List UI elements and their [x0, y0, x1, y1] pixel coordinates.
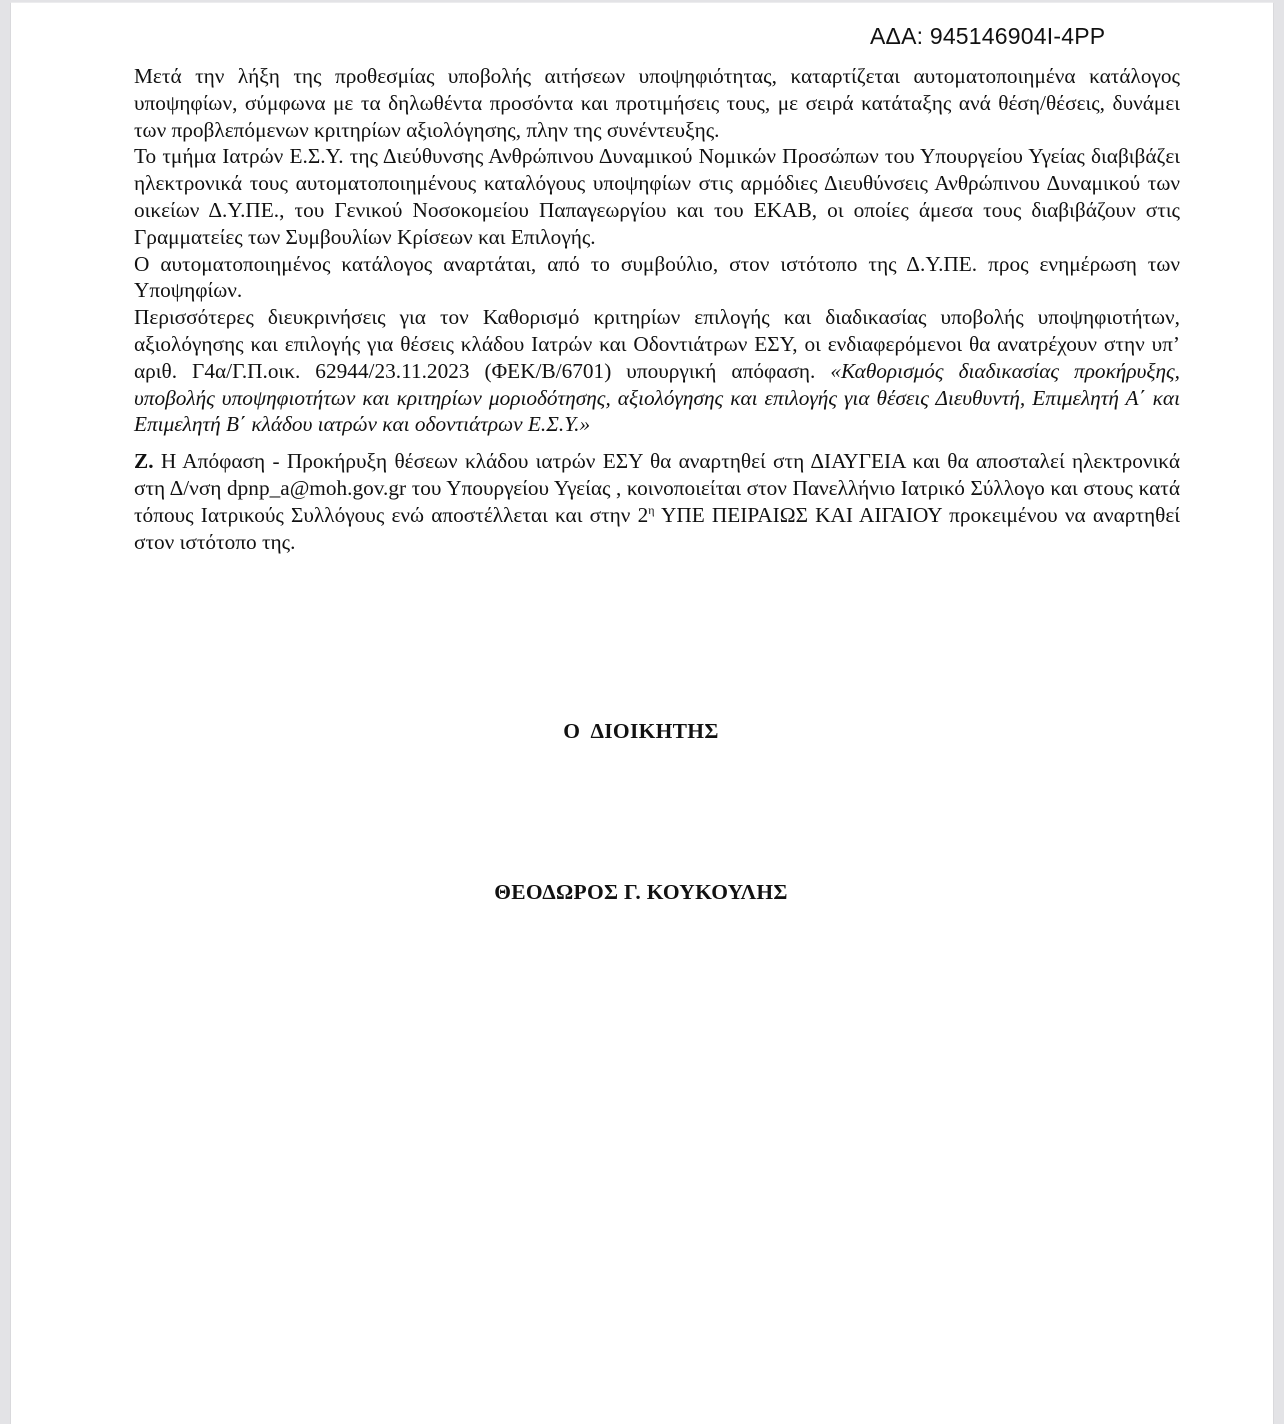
- ada-identifier: ΑΔΑ: 945146904Ι-4PP: [870, 23, 1105, 50]
- document-body: Μετά την λήξη της προθεσμίας υποβολής αι…: [134, 63, 1180, 555]
- paragraph-section-z: Ζ. Η Απόφαση - Προκήρυξη θέσεων κλάδου ι…: [134, 448, 1180, 555]
- paragraph-candidate-list: Μετά την λήξη της προθεσμίας υποβολής αι…: [134, 63, 1180, 143]
- paragraph-transmission: Το τμήμα Ιατρών Ε.Σ.Υ. της Διεύθυνσης Αν…: [134, 143, 1180, 250]
- signatory-name: ΘΕΟΔΩΡΟΣ Γ. ΚΟΥΚΟΥΛΗΣ: [10, 880, 1272, 905]
- section-z-label: Ζ.: [134, 449, 154, 473]
- document-page: ΑΔΑ: 945146904Ι-4PP Μετά την λήξη της πρ…: [10, 2, 1274, 1423]
- paragraph-clarifications: Περισσότερες διευκρινήσεις για τον Καθορ…: [134, 304, 1180, 438]
- paragraph-publication: Ο αυτοματοποιημένος κατάλογος αναρτάται,…: [134, 251, 1180, 305]
- signatory-title: Ο ΔΙΟΙΚΗΤΗΣ: [10, 719, 1272, 744]
